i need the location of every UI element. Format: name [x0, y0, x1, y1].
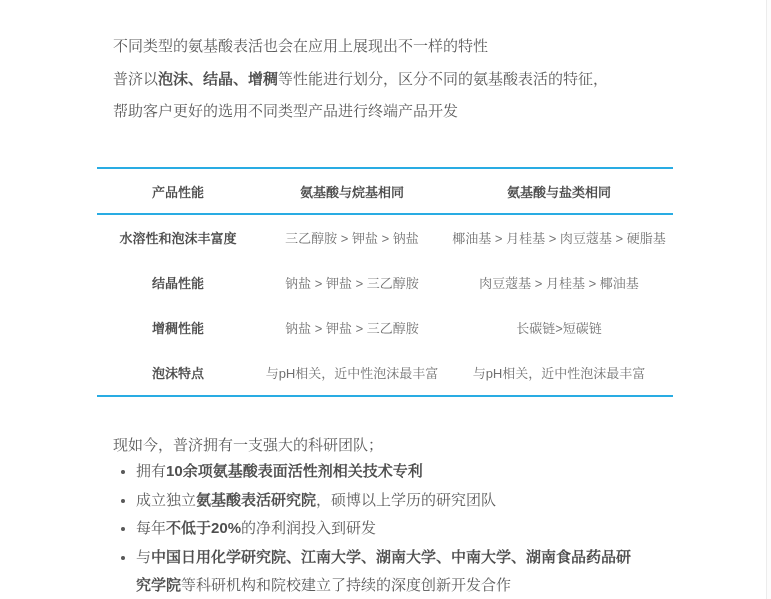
cell-foam-salt: 与pH相关，近中性泡沫最丰富 — [445, 350, 673, 396]
row-label-foam-character: 泡沫特点 — [97, 350, 259, 396]
table-row: 结晶性能 钠盐 > 钾盐 > 三乙醇胺 肉豆蔻基 > 月桂基 > 椰油基 — [97, 260, 673, 305]
table-header-row: 产品性能 氨基酸与烷基相同 氨基酸与盐类相同 — [97, 168, 673, 214]
cell-solubility-salt: 椰油基 > 月桂基 > 肉豆蔻基 > 硬脂基 — [445, 214, 673, 260]
intro-line-1: 不同类型的氨基酸表活也会在应用上展现出不一样的特性 — [113, 37, 488, 56]
intro-line-2: 普济以泡沫、结晶、增稠等性能进行划分，区分不同的氨基酸表活的特征， — [113, 70, 608, 89]
table-row: 泡沫特点 与pH相关，近中性泡沫最丰富 与pH相关，近中性泡沫最丰富 — [97, 350, 673, 396]
cell-foam-alkyl: 与pH相关，近中性泡沫最丰富 — [259, 350, 445, 396]
cell-thickening-salt: 长碳链>短碳链 — [445, 305, 673, 350]
performance-comparison-table: 产品性能 氨基酸与烷基相同 氨基酸与盐类相同 水溶性和泡沫丰富度 三乙醇胺 > … — [97, 167, 673, 397]
research-bullet-list: 拥有10余项氨基酸表面活性剂相关技术专利 成立独立氨基酸表活研究院，硕博以上学历… — [113, 458, 702, 599]
table-row: 增稠性能 钠盐 > 钾盐 > 三乙醇胺 长碳链>短碳链 — [97, 305, 673, 350]
cell-crystallization-salt: 肉豆蔻基 > 月桂基 > 椰油基 — [445, 260, 673, 305]
bullet-collaborations: 与中国日用化学研究院、江南大学、湖南大学、中南大学、湖南食品药品研究学院等科研机… — [136, 544, 702, 599]
research-team-heading: 现如今，普济拥有一支强大的科研团队； — [113, 436, 383, 455]
page-edge-divider — [766, 0, 767, 599]
table-row: 水溶性和泡沫丰富度 三乙醇胺 > 钾盐 > 钠盐 椰油基 > 月桂基 > 肉豆蔻… — [97, 214, 673, 260]
bullet-research-institute: 成立独立氨基酸表活研究院，硕博以上学历的研究团队 — [136, 487, 702, 516]
header-same-salt: 氨基酸与盐类相同 — [445, 168, 673, 214]
content-page: 不同类型的氨基酸表活也会在应用上展现出不一样的特性 普济以泡沫、结晶、增稠等性能… — [0, 0, 771, 599]
cell-crystallization-alkyl: 钠盐 > 钾盐 > 三乙醇胺 — [259, 260, 445, 305]
row-label-crystallization: 结晶性能 — [97, 260, 259, 305]
intro-line-3: 帮助客户更好的选用不同类型产品进行终端产品开发 — [113, 102, 458, 121]
header-same-alkyl: 氨基酸与烷基相同 — [259, 168, 445, 214]
row-label-thickening: 增稠性能 — [97, 305, 259, 350]
page-edge-strip — [767, 0, 771, 599]
bullet-patents: 拥有10余项氨基酸表面活性剂相关技术专利 — [136, 458, 702, 487]
cell-thickening-alkyl: 钠盐 > 钾盐 > 三乙醇胺 — [259, 305, 445, 350]
cell-solubility-alkyl: 三乙醇胺 > 钾盐 > 钠盐 — [259, 214, 445, 260]
row-label-solubility-foam: 水溶性和泡沫丰富度 — [97, 214, 259, 260]
header-product-performance: 产品性能 — [97, 168, 259, 214]
bullet-rd-investment: 每年不低于20%的净利润投入到研发 — [136, 515, 702, 544]
